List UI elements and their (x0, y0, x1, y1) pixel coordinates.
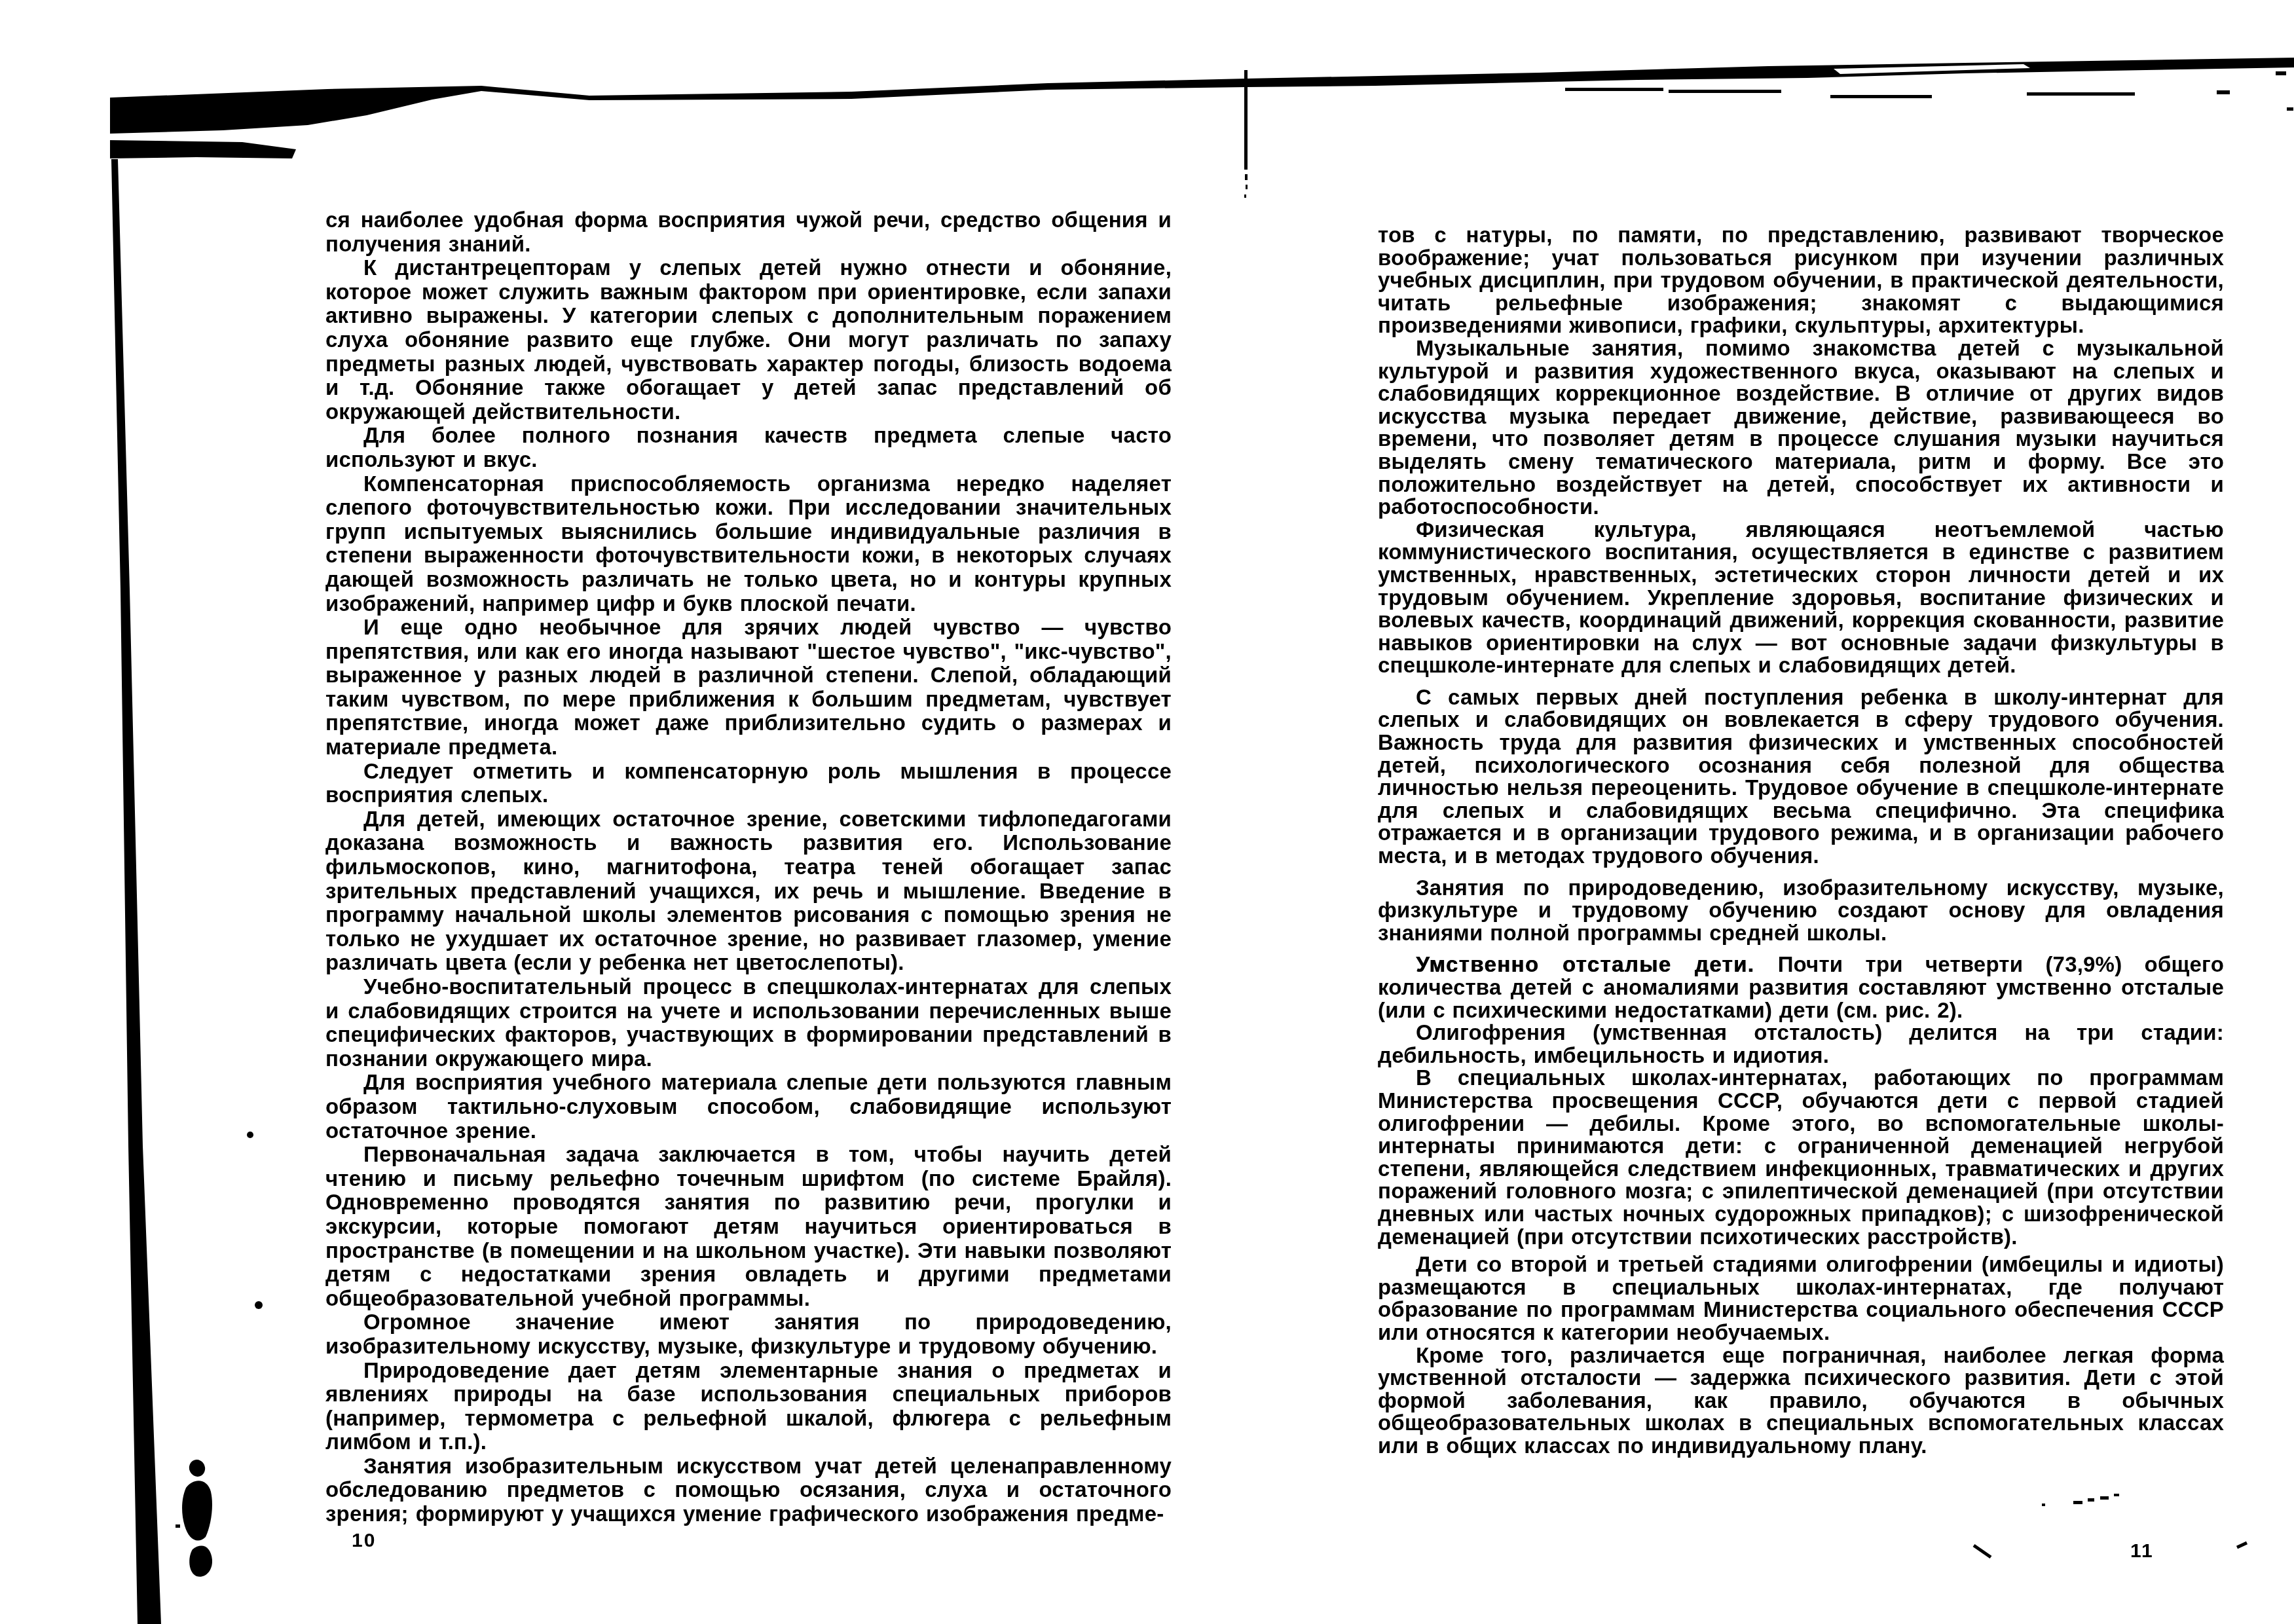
paragraph: Огромное значение имеют занятия по приро… (325, 1310, 1172, 1358)
page-spine-shadow-dot (1246, 185, 1248, 189)
scan-left-stripe (111, 159, 161, 1624)
scan-dash (2276, 71, 2286, 75)
scan-dash (2217, 90, 2230, 94)
scan-dash (2027, 92, 2135, 96)
page-10-text-column: ся наиболее удобная форма восприятия чуж… (325, 208, 1172, 1526)
scan-dash (2287, 107, 2293, 111)
paragraph: Компенсаторная приспособляемость организ… (325, 472, 1172, 616)
page-number-left: 10 (352, 1530, 376, 1552)
paragraph: Природоведение дает детям элементарные з… (325, 1359, 1172, 1454)
dust-speck (255, 1301, 263, 1309)
paragraph: Занятия по природоведению, изобразительн… (1378, 877, 2224, 945)
paragraph: Музыкальные занятия, помимо знакомства д… (1378, 337, 2224, 519)
paragraph: Кроме того, различается еще пограничная,… (1378, 1344, 2224, 1458)
paragraph: ся наиболее удобная форма восприятия чуж… (325, 208, 1172, 256)
paragraph: Физическая культура, являющаяся неотъемл… (1378, 519, 2224, 677)
page-11-text-column: тов с натуры, по памяти, по представлени… (1378, 224, 2224, 1457)
paragraph: Дети со второй и третьей стадиями олигоф… (1378, 1253, 2224, 1344)
page-spine-shadow-dot (1244, 194, 1246, 198)
paragraph: Для восприятия учебного материала слепые… (325, 1071, 1172, 1143)
paragraph: Следует отметить и компенсаторную роль м… (325, 760, 1172, 807)
ink-blot (176, 1458, 212, 1577)
paragraph: К дистантрецепторам у слепых детей нужно… (325, 256, 1172, 424)
paragraph: Занятия изобразительным искусством учат … (325, 1454, 1172, 1526)
scan-left-corner-bar (110, 140, 296, 158)
page-spine-shadow-dot (1245, 174, 1248, 180)
paragraph: Для детей, имеющих остаточное зрение, со… (325, 807, 1172, 975)
paragraph: Первоначальная задача заключается в том,… (325, 1143, 1172, 1310)
pen-mark (1974, 1545, 1991, 1557)
paragraph: Олигофрения (умственная отсталость) дели… (1378, 1022, 2224, 1067)
smudge-dashes (2042, 1494, 2119, 1506)
paragraph-mentally-retarded-children: Умственно отсталые дети. Почти три четве… (1378, 953, 2224, 1022)
paragraph: В специальных школах-интернатах, работаю… (1378, 1067, 2224, 1248)
dust-speck (247, 1132, 253, 1138)
runin-heading: Умственно отсталые дети. (1416, 952, 1778, 976)
paragraph: тов с натуры, по памяти, по представлени… (1378, 224, 2224, 337)
scan-dash (1669, 90, 1781, 93)
paragraph: С самых первых дней поступления ребенка … (1378, 686, 2224, 868)
scan-dash (1565, 88, 1663, 91)
scan-dash (1830, 95, 1932, 98)
paragraph: Для более полного познания качеств предм… (325, 424, 1172, 471)
pen-mark (2237, 1543, 2247, 1547)
paragraph: Учебно-воспитательный процесс в спецшкол… (325, 975, 1172, 1071)
page-number-right: 11 (2130, 1540, 2154, 1562)
paragraph: И еще одно необычное для зрячих людей чу… (325, 616, 1172, 760)
page-spine-shadow-line (1244, 70, 1248, 170)
